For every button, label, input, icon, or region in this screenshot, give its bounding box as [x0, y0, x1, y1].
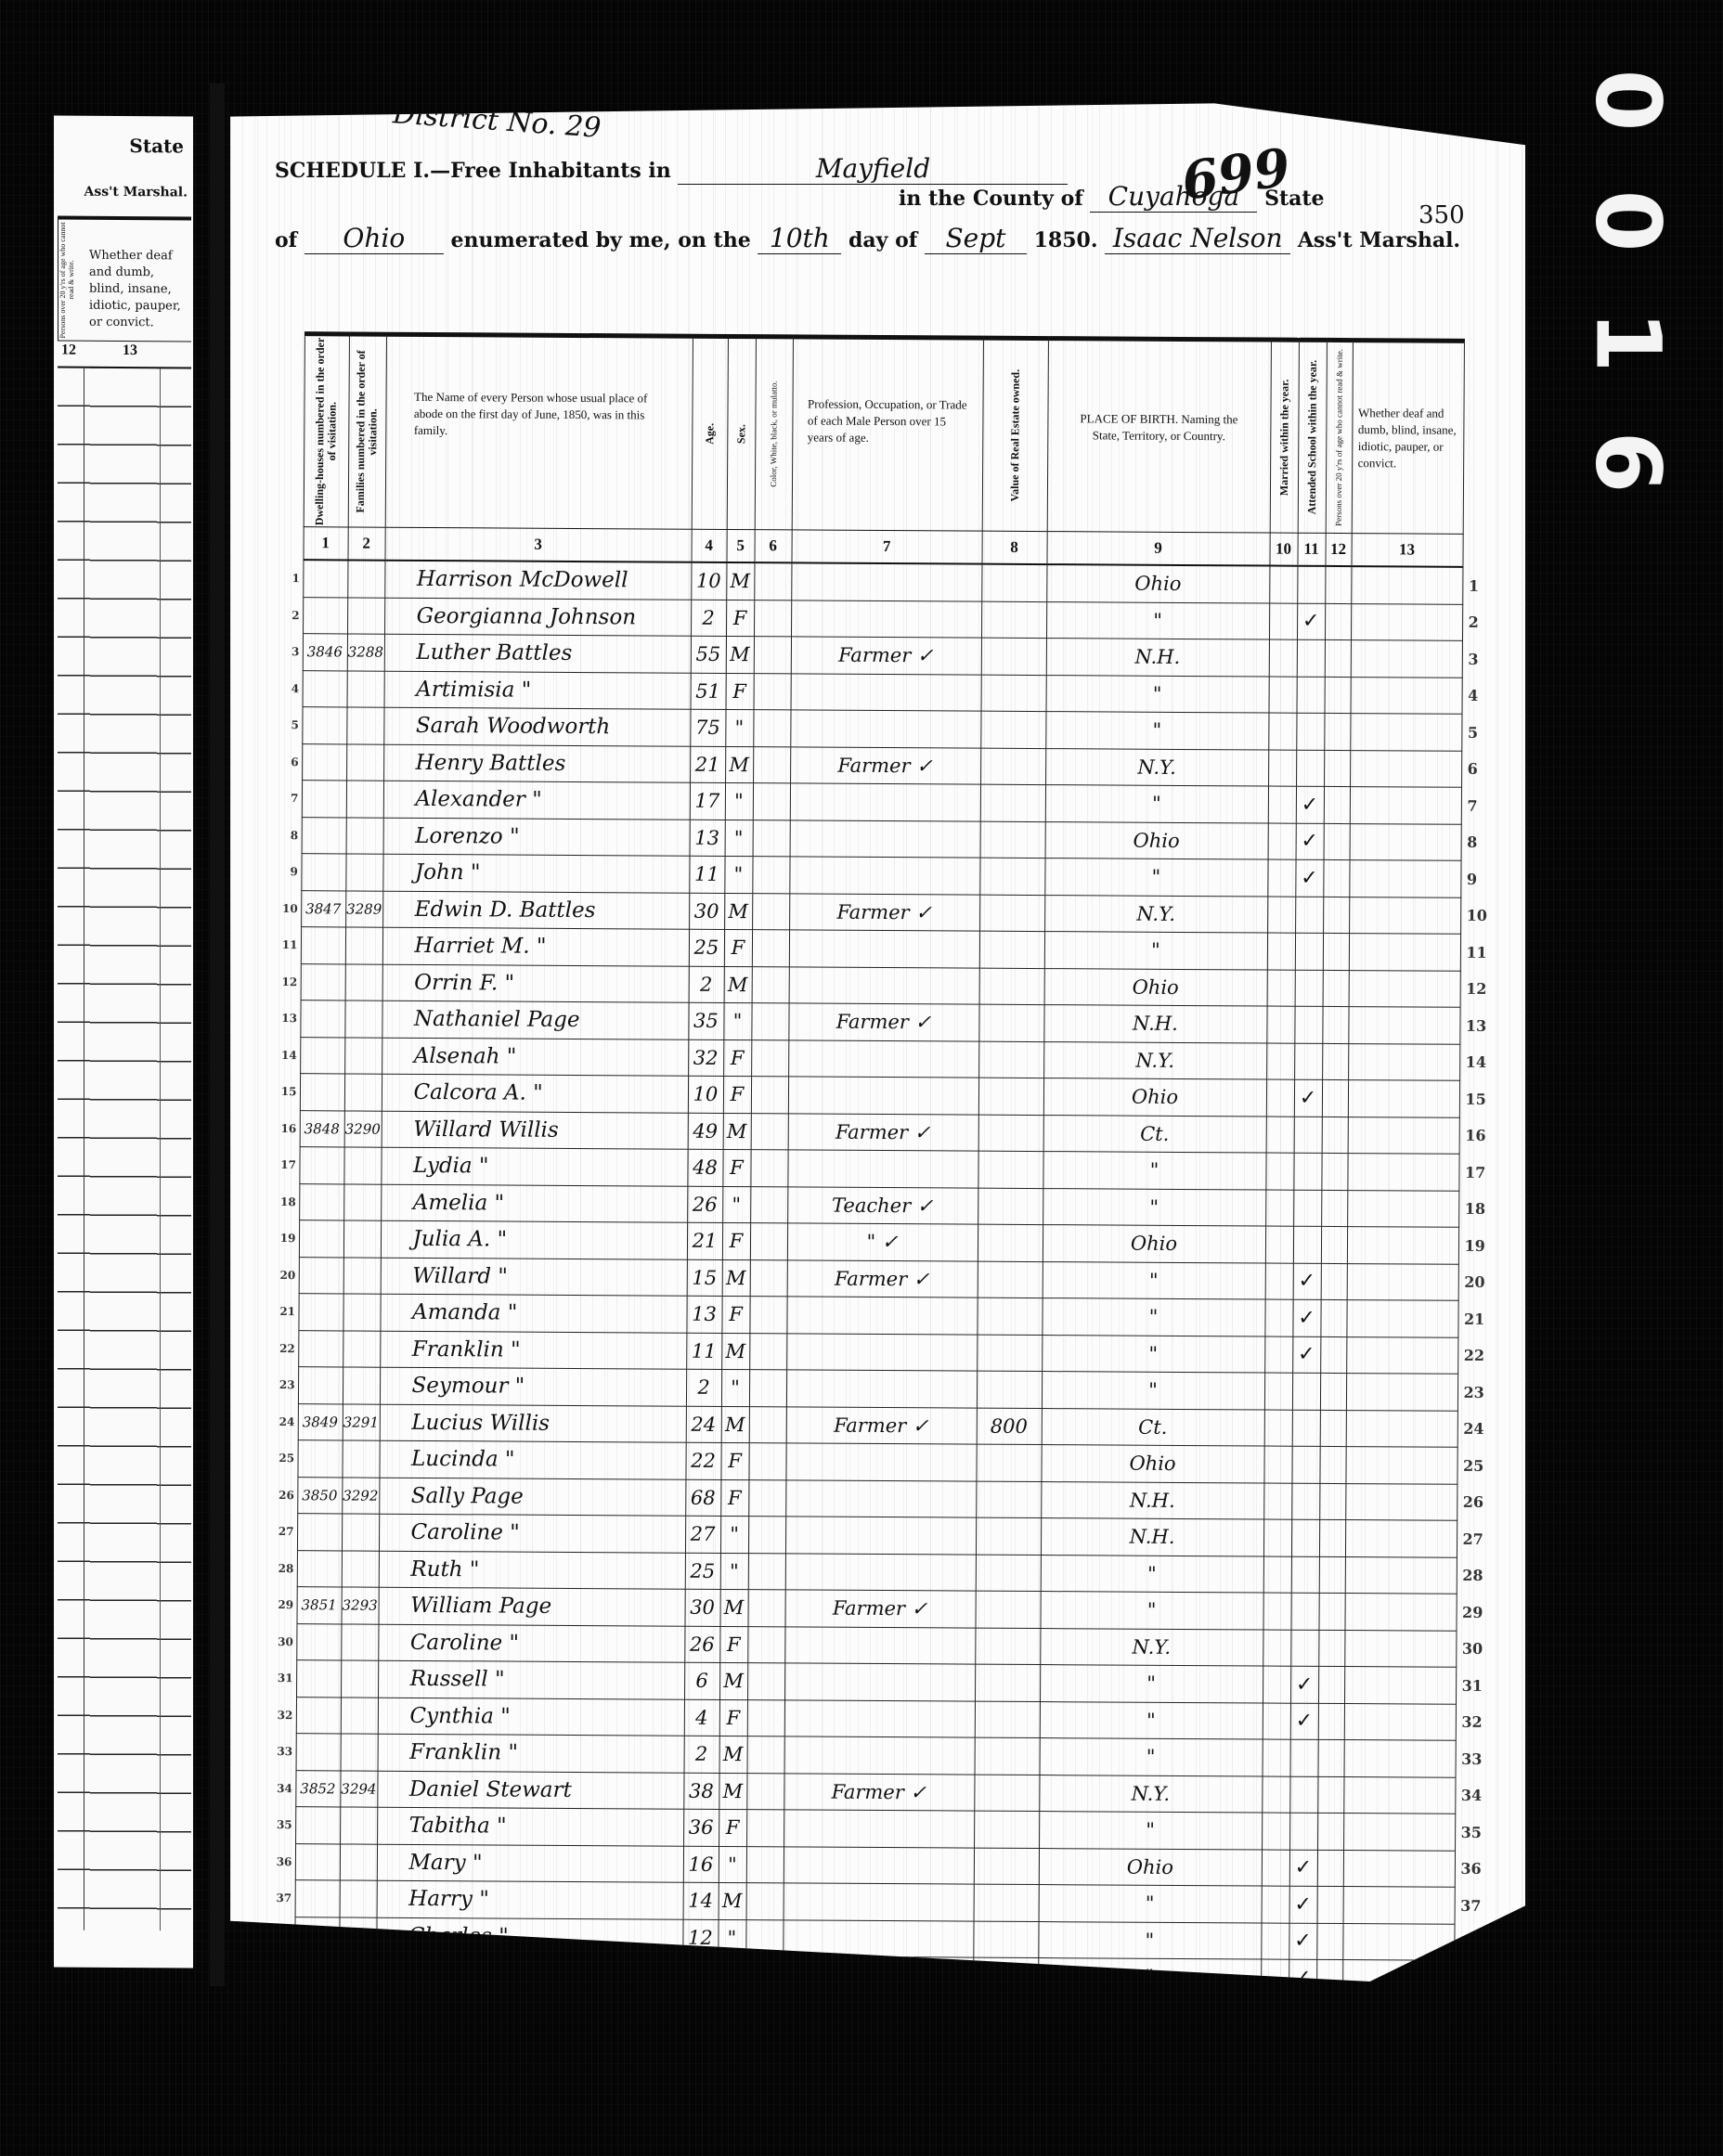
married-mark	[1262, 1886, 1289, 1923]
condition-value	[1347, 1227, 1458, 1264]
age-value: 10	[691, 562, 726, 600]
age-value: 13	[690, 820, 725, 857]
family-number: 3289	[345, 890, 382, 927]
family-number	[345, 927, 382, 964]
col-illiterate-header: Persons over 20 y'rs of age who cannot r…	[1326, 340, 1353, 533]
occupation-value: Farmer ✓	[790, 746, 980, 784]
illiterate-mark	[1325, 603, 1351, 640]
illiterate-mark	[1318, 1739, 1344, 1776]
birthplace-value: "	[1042, 1298, 1264, 1336]
real-estate-value: 800	[977, 1408, 1042, 1445]
real-estate-value	[975, 1628, 1040, 1665]
birthplace-value: "	[1045, 712, 1268, 750]
line-number: 18	[271, 1183, 299, 1220]
condition-value	[1344, 1703, 1456, 1740]
school-mark	[1291, 1519, 1319, 1556]
birthplace-value: N.H.	[1046, 639, 1269, 677]
school-mark	[1291, 1483, 1319, 1520]
color-value	[754, 562, 791, 600]
sex-value: "	[725, 782, 753, 820]
sex-value: M	[722, 1259, 750, 1297]
real-estate-value	[974, 1811, 1039, 1848]
person-name: Amelia "	[381, 1184, 687, 1223]
real-estate-value	[979, 968, 1044, 1005]
sex-value: "	[723, 1002, 751, 1039]
married-mark	[1263, 1483, 1291, 1520]
school-mark: ✓	[1294, 1079, 1322, 1117]
condition-value	[1349, 934, 1460, 971]
dwelling-number	[302, 743, 346, 781]
age-value: 26	[684, 1626, 719, 1663]
married-mark	[1263, 1446, 1291, 1483]
book-spine-shadow	[210, 84, 225, 1986]
birthplace-value: "	[1040, 1592, 1263, 1630]
left-ruled-rows	[58, 368, 191, 1931]
married-mark	[1266, 1117, 1294, 1154]
color-value	[751, 1003, 788, 1040]
sex-value: M	[725, 746, 753, 783]
school-mark	[1289, 1776, 1317, 1814]
col-num: 11	[1297, 533, 1325, 566]
family-number	[342, 1514, 379, 1551]
illiterate-mark	[1325, 639, 1351, 677]
family-number	[343, 1294, 380, 1331]
real-estate-value	[974, 1775, 1039, 1812]
age-value: 21	[687, 1222, 722, 1259]
condition-value	[1350, 714, 1461, 751]
sex-value: F	[723, 1076, 751, 1113]
occupation-value	[790, 783, 980, 821]
school-mark	[1294, 1006, 1322, 1043]
birthplace-value: "	[1046, 601, 1269, 639]
condition-value	[1345, 1447, 1457, 1484]
person-name: Sally Page	[379, 1478, 685, 1517]
col-num: 5	[726, 529, 754, 562]
left-col13-num: 13	[123, 342, 137, 359]
condition-value	[1349, 860, 1460, 897]
birthplace-value: N.H.	[1041, 1481, 1263, 1519]
school-mark: ✓	[1290, 1666, 1318, 1703]
dwelling-number	[299, 1220, 343, 1258]
col-name-header: The Name of every Person whose usual pla…	[385, 334, 693, 529]
line-number: 7	[274, 780, 302, 817]
line-number-right: 13	[1459, 1007, 1488, 1044]
condition-value	[1347, 1154, 1458, 1191]
age-value: 11	[689, 856, 724, 893]
col-real-estate-header: Value of Real Estate owned.	[982, 338, 1048, 531]
school-mark	[1292, 1373, 1320, 1410]
illiterate-mark	[1322, 1043, 1348, 1080]
schedule-title-line: SCHEDULE I.—Free Inhabitants in Mayfield	[275, 153, 1068, 185]
married-mark	[1263, 1593, 1290, 1630]
col-num: 9	[1046, 532, 1269, 566]
birthplace-value: Ohio	[1045, 821, 1268, 859]
illiterate-mark	[1318, 1666, 1344, 1703]
real-estate-value	[979, 931, 1044, 968]
illiterate-mark	[1317, 1813, 1343, 1850]
married-mark	[1269, 603, 1297, 640]
birthplace-value: N.Y.	[1045, 748, 1268, 786]
dwelling-number: 3849	[298, 1403, 343, 1440]
line-number: 28	[269, 1550, 297, 1587]
dwelling-number: 3846	[303, 634, 347, 671]
occupation-value	[789, 966, 979, 1004]
dwelling-number	[300, 1037, 344, 1074]
col-married-header: Married within the year.	[1270, 340, 1299, 533]
color-value	[753, 820, 790, 857]
frame-digit: 1	[1583, 311, 1672, 373]
line-number-right: 19	[1458, 1227, 1487, 1264]
school-mark: ✓	[1292, 1336, 1320, 1374]
illiterate-mark	[1325, 677, 1351, 714]
illiterate-mark	[1321, 1226, 1347, 1263]
line-number: 13	[272, 1000, 300, 1037]
real-estate-value	[980, 784, 1045, 821]
age-value: 14	[683, 1882, 719, 1919]
birthplace-value: Ohio	[1039, 1848, 1262, 1886]
real-estate-value	[977, 1371, 1042, 1408]
enumerated-label: enumerated by me, on the	[450, 228, 750, 252]
col-num: 10	[1269, 533, 1297, 566]
family-number	[344, 1037, 382, 1074]
real-estate-value	[978, 1151, 1043, 1188]
color-value	[750, 1186, 787, 1223]
dwelling-number	[297, 1514, 342, 1551]
family-number	[344, 1074, 382, 1111]
dwelling-number	[303, 670, 347, 707]
color-value	[753, 746, 790, 783]
census-rows: 1Harrison McDowell10MOhio12Georgianna Jo…	[266, 560, 1491, 2107]
occupation-value	[790, 710, 980, 748]
age-value: 13	[686, 1296, 721, 1333]
occupation-value	[785, 1517, 976, 1555]
school-mark: ✓	[1297, 603, 1325, 640]
occupation-value	[785, 1553, 976, 1591]
person-name: Caroline "	[378, 1624, 684, 1663]
family-number	[341, 1697, 378, 1734]
sex-value: M	[721, 1406, 749, 1443]
birthplace-value: Ohio	[1046, 564, 1269, 602]
real-estate-value	[977, 1297, 1042, 1335]
age-value: 27	[685, 1516, 720, 1553]
color-value	[747, 1590, 784, 1627]
line-number: 27	[269, 1513, 297, 1550]
dwelling-number: 3851	[296, 1587, 341, 1624]
real-estate-value	[977, 1335, 1042, 1372]
age-value: 51	[691, 673, 726, 710]
col-condition-header: Whether deaf and dumb, blind, insane, id…	[1352, 341, 1464, 535]
dwelling-number	[296, 1734, 341, 1771]
age-value: 35	[688, 1002, 723, 1039]
birthplace-value: "	[1042, 1372, 1264, 1410]
occupation-value	[784, 1699, 975, 1737]
illiterate-mark	[1325, 566, 1351, 603]
sex-value: F	[720, 1479, 748, 1517]
birthplace-value: Ohio	[1043, 1078, 1266, 1117]
census-page: District No. 29 699 350 SCHEDULE I.—Free…	[230, 88, 1525, 1982]
real-estate-value	[975, 1591, 1040, 1628]
family-number	[340, 1843, 377, 1880]
age-value: 6	[684, 1662, 719, 1699]
dwelling-number	[297, 1550, 342, 1587]
family-number	[342, 1550, 379, 1587]
line-number: 32	[268, 1697, 296, 1734]
occupation-value	[784, 1810, 974, 1848]
married-mark	[1263, 1556, 1291, 1594]
family-number	[347, 670, 384, 707]
illiterate-mark	[1320, 1336, 1346, 1374]
col-num: 1	[303, 527, 347, 561]
birthplace-value: N.Y.	[1039, 1775, 1262, 1813]
age-value: 24	[686, 1406, 721, 1443]
person-name: Willard "	[381, 1258, 687, 1297]
real-estate-value	[978, 1078, 1043, 1115]
person-name: Daniel Stewart	[377, 1771, 683, 1810]
person-name: Nathaniel Page	[382, 1001, 688, 1039]
line-number: 21	[270, 1293, 298, 1330]
school-mark	[1293, 1190, 1321, 1227]
condition-value	[1343, 1814, 1455, 1851]
dwelling-number	[302, 707, 346, 744]
family-number	[345, 854, 382, 891]
married-mark	[1263, 1666, 1290, 1703]
birthplace-value: "	[1044, 932, 1267, 970]
condition-value	[1345, 1556, 1457, 1594]
occupation-value	[788, 1077, 978, 1115]
condition-value	[1348, 1117, 1459, 1154]
marshal-name: Isaac Nelson	[1105, 223, 1290, 254]
age-value: 11	[686, 1333, 721, 1370]
condition-value	[1344, 1630, 1456, 1667]
family-number	[343, 1367, 380, 1404]
school-mark: ✓	[1290, 1703, 1318, 1740]
illiterate-mark	[1320, 1410, 1346, 1447]
color-value	[754, 637, 791, 674]
illiterate-mark	[1324, 823, 1350, 860]
school-mark	[1291, 1556, 1319, 1594]
family-number	[341, 1623, 378, 1660]
real-estate-value	[978, 1004, 1043, 1041]
sex-value: M	[724, 966, 752, 1003]
birthplace-value: "	[1039, 1885, 1262, 1923]
school-mark	[1293, 1153, 1321, 1190]
sex-value: "	[724, 856, 752, 893]
line-number-right: 36	[1455, 1851, 1483, 1888]
person-name: Luther Battles	[384, 634, 691, 673]
sex-value: "	[725, 709, 753, 746]
state-value: Ohio	[304, 223, 444, 254]
married-mark	[1264, 1336, 1292, 1374]
birthplace-value: "	[1040, 1701, 1263, 1739]
condition-value	[1351, 640, 1462, 678]
line-number: 5	[274, 706, 302, 743]
occupation-value: Farmer ✓	[788, 1113, 978, 1151]
illiterate-mark	[1318, 1630, 1344, 1667]
line-number-right: 37	[1455, 1887, 1483, 1924]
school-mark	[1297, 639, 1325, 677]
birthplace-value: "	[1042, 1335, 1264, 1373]
person-name: Franklin "	[378, 1734, 684, 1773]
family-number: 3293	[341, 1587, 378, 1624]
age-value: 2	[684, 1736, 719, 1773]
age-value: 22	[685, 1442, 720, 1479]
occupation-value	[791, 562, 981, 600]
occupation-value	[789, 930, 979, 968]
line-number-right: 33	[1456, 1740, 1484, 1777]
married-mark	[1266, 1043, 1294, 1080]
real-estate-value	[980, 821, 1045, 859]
col-sex-header: Sex.	[727, 336, 756, 529]
married-mark	[1268, 823, 1296, 860]
family-number	[345, 963, 382, 1001]
condition-value	[1351, 677, 1462, 714]
occupation-value	[783, 1919, 973, 1957]
color-value	[746, 1846, 784, 1883]
line-number: 20	[271, 1257, 299, 1294]
of-label: of	[275, 228, 297, 252]
condition-value	[1350, 787, 1461, 824]
person-name: Orrin F. "	[382, 964, 689, 1003]
illiterate-mark	[1321, 1153, 1347, 1190]
color-value	[748, 1553, 785, 1590]
line-number: 33	[268, 1733, 296, 1770]
birthplace-value: "	[1039, 1812, 1262, 1850]
married-mark	[1268, 713, 1296, 750]
occupation-value	[788, 1039, 978, 1078]
birthplace-value: "	[1040, 1738, 1263, 1776]
dwelling-number	[296, 1623, 341, 1660]
col-occupation-header: Profession, Occupation, or Trade of each…	[792, 337, 983, 531]
school-mark	[1293, 1226, 1321, 1263]
school-mark: ✓	[1289, 1850, 1317, 1887]
person-name: Sarah Woodworth	[383, 707, 690, 746]
dwelling-number	[296, 1660, 341, 1698]
color-value	[750, 1223, 787, 1260]
sex-value: F	[721, 1296, 749, 1333]
school-mark: ✓	[1296, 823, 1324, 860]
color-value	[748, 1517, 785, 1554]
county-line: in the County of Cuyahoga State	[899, 181, 1325, 213]
occupation-value	[785, 1443, 976, 1481]
color-value	[747, 1736, 784, 1774]
occupation-value: Farmer ✓	[784, 1773, 974, 1811]
occupation-value	[786, 1297, 977, 1335]
illiterate-mark	[1324, 786, 1350, 823]
real-estate-value	[978, 1188, 1043, 1225]
illiterate-mark	[1322, 1117, 1348, 1154]
left-column-header: Persons over 20 y'rs of age who cannot r…	[58, 216, 191, 342]
school-mark: ✓	[1289, 1886, 1317, 1923]
condition-value	[1348, 1080, 1459, 1117]
illiterate-mark	[1317, 1776, 1343, 1814]
line-number: 17	[271, 1146, 299, 1183]
illiterate-mark	[1320, 1373, 1346, 1410]
family-number	[341, 1660, 378, 1698]
line-number: 30	[268, 1623, 296, 1660]
real-estate-value	[974, 1848, 1039, 1885]
age-value: 36	[683, 1809, 719, 1846]
school-mark	[1295, 897, 1323, 934]
sex-value: F	[726, 673, 754, 710]
age-value: 4	[684, 1699, 719, 1736]
real-estate-value	[975, 1737, 1040, 1775]
birthplace-value: "	[1044, 859, 1267, 897]
col-num: 13	[1351, 534, 1462, 567]
age-value: 25	[685, 1553, 720, 1590]
person-name: Henry Battles	[383, 744, 690, 783]
sex-value: M	[726, 562, 754, 600]
illiterate-mark	[1319, 1483, 1345, 1520]
enumeration-line: of Ohio enumerated by me, on the 10th da…	[275, 223, 1460, 254]
school-mark: ✓	[1296, 786, 1324, 823]
family-number	[343, 1147, 381, 1184]
real-estate-value	[975, 1701, 1040, 1738]
color-value	[752, 930, 789, 967]
family-number	[341, 1734, 378, 1771]
married-mark	[1264, 1410, 1292, 1447]
line-number: 10	[273, 890, 301, 927]
married-mark	[1268, 786, 1296, 823]
sex-value: M	[719, 1773, 746, 1810]
occupation-value	[784, 1883, 974, 1921]
col-color-header: Color, White, black, or mulatto.	[755, 337, 793, 530]
col-num: 2	[347, 527, 384, 561]
real-estate-value	[981, 638, 1046, 675]
line-number: 29	[268, 1586, 296, 1623]
line-number-right: 9	[1460, 860, 1489, 897]
color-value	[753, 710, 790, 747]
school-mark	[1297, 566, 1325, 603]
condition-value	[1343, 1776, 1455, 1814]
sex-value: "	[722, 1186, 750, 1223]
color-value	[750, 1150, 787, 1187]
birthplace-value: Ct.	[1042, 1408, 1264, 1446]
col-num: 12	[1325, 533, 1351, 566]
color-value	[752, 966, 789, 1003]
condition-value	[1345, 1483, 1457, 1520]
birthplace-value: Ohio	[1041, 1445, 1263, 1483]
left-column-numbers: 12 13	[58, 339, 191, 369]
person-name: Caroline "	[379, 1514, 685, 1553]
condition-value	[1350, 750, 1461, 787]
sex-value: F	[723, 1039, 751, 1077]
line-number-right: 12	[1460, 971, 1489, 1008]
marshal-label: Ass't Marshal.	[1298, 228, 1460, 252]
age-value: 25	[689, 929, 724, 966]
condition-value	[1347, 1263, 1458, 1300]
person-name: Ruth "	[379, 1551, 685, 1590]
school-mark	[1294, 1117, 1322, 1154]
dwelling-number	[301, 963, 345, 1001]
age-value: 48	[687, 1149, 722, 1186]
color-value	[749, 1370, 786, 1407]
occupation-value	[784, 1663, 975, 1701]
occupation-value	[785, 1479, 976, 1517]
real-estate-value	[978, 1041, 1043, 1078]
person-name: Franklin "	[380, 1331, 686, 1370]
col-num: 6	[754, 530, 791, 563]
married-mark	[1269, 677, 1297, 714]
family-number	[347, 597, 384, 634]
real-estate-value	[976, 1555, 1041, 1592]
school-mark	[1290, 1630, 1318, 1667]
age-value: 21	[690, 746, 725, 783]
married-mark	[1262, 1813, 1289, 1850]
illiterate-mark	[1322, 1006, 1348, 1043]
sex-value: F	[719, 1809, 746, 1846]
line-number-right: 6	[1461, 751, 1490, 788]
line-number-right: 14	[1459, 1044, 1488, 1081]
